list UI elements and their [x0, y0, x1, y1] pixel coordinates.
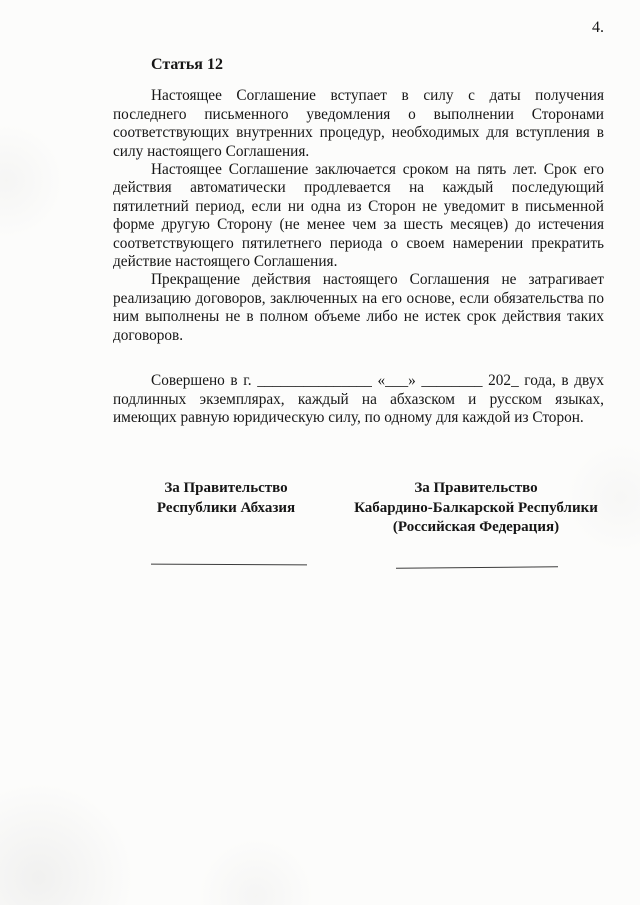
paragraph-termination: Прекращение действия настоящего Соглашен…	[113, 271, 604, 345]
signature-block-kabardino-balkaria: За Правительство Кабардино-Балкарской Ре…	[350, 479, 602, 538]
signature-title-line: За Правительство	[140, 479, 312, 499]
signature-title-line: (Российская Федерация)	[350, 518, 602, 538]
signature-block-abkhazia: За Правительство Республики Абхазия	[140, 479, 312, 518]
signature-line-abkhazia	[151, 564, 307, 566]
paragraph-entry-into-force: Настоящее Соглашение вступает в силу с д…	[113, 87, 604, 161]
paragraph-closing-execution: Совершено в г. _______________ «___» ___…	[113, 372, 604, 427]
paragraph-duration: Настоящее Соглашение заключается сроком …	[113, 161, 604, 271]
signature-title-line: Республики Абхазия	[140, 499, 312, 519]
signature-title-line: За Правительство	[350, 479, 602, 499]
scanned-document-page: 4. Статья 12 Настоящее Соглашение вступа…	[0, 0, 640, 905]
signature-line-kabardino-balkaria	[396, 566, 558, 568]
signature-title-line: Кабардино-Балкарской Республики	[350, 499, 602, 519]
article-heading: Статья 12	[151, 56, 604, 74]
page-number: 4.	[592, 19, 604, 37]
article-body: Статья 12 Настоящее Соглашение вступает …	[113, 56, 604, 427]
